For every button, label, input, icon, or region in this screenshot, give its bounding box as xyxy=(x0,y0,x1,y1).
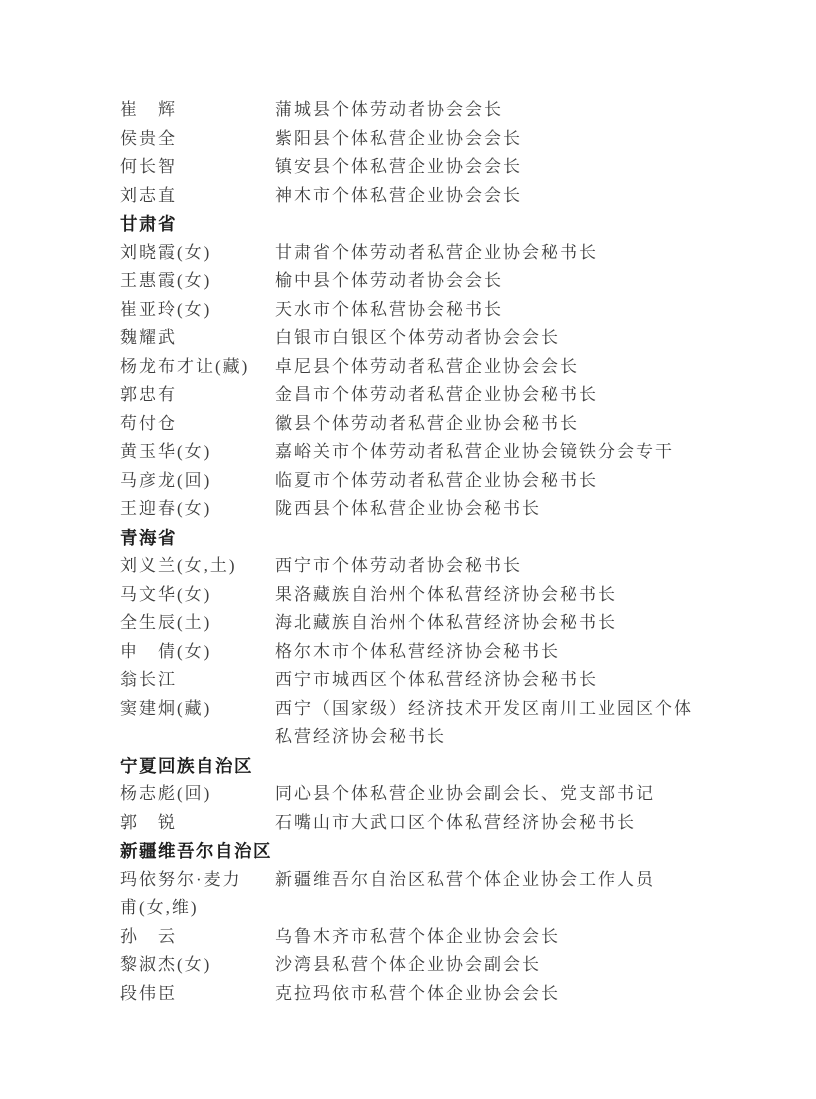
person-title: 嘉峪关市个体劳动者私营企业协会镜铁分会专干 xyxy=(275,438,712,467)
person-title: 石嘴山市大武口区个体私营经济协会秘书长 xyxy=(275,809,712,838)
roster-row: 魏耀武 白银市白银区个体劳动者协会会长 xyxy=(120,324,720,353)
person-title: 西宁（国家级）经济技术开发区南川工业园区个体 私营经济协会秘书长 xyxy=(275,695,712,752)
roster-row: 王惠霞(女) 榆中县个体劳动者协会会长 xyxy=(120,267,720,296)
person-title: 沙湾县私营个体企业协会副会长 xyxy=(275,951,712,980)
person-title: 新疆维吾尔自治区私营个体企业协会工作人员 xyxy=(275,866,712,895)
person-name: 杨龙布才让(藏) xyxy=(120,353,275,382)
roster-row: 刘义兰(女,土) 西宁市个体劳动者协会秘书长 xyxy=(120,552,720,581)
roster-row: 申 倩(女) 格尔木市个体私营经济协会秘书长 xyxy=(120,638,720,667)
roster-row: 杨龙布才让(藏) 卓尼县个体劳动者私营企业协会会长 xyxy=(120,353,720,382)
person-name: 玛依努尔·麦力 甫(女,维) xyxy=(120,866,275,923)
province-name: 青海省 xyxy=(120,524,177,553)
roster-list: 崔 辉 蒲城县个体劳动者协会会长 侯贵全 紫阳县个体私营企业协会会长 何长智 镇… xyxy=(120,96,720,1008)
person-name: 刘晓霞(女) xyxy=(120,239,275,268)
person-title: 镇安县个体私营企业协会会长 xyxy=(275,153,712,182)
person-name: 魏耀武 xyxy=(120,324,275,353)
roster-row: 苟付仓 徽县个体劳动者私营企业协会秘书长 xyxy=(120,410,720,439)
person-name: 郭忠有 xyxy=(120,381,275,410)
person-name: 王惠霞(女) xyxy=(120,267,275,296)
person-title: 同心县个体私营企业协会副会长、党支部书记 xyxy=(275,780,712,809)
person-name: 刘志直 xyxy=(120,182,275,211)
person-name: 全生辰(土) xyxy=(120,609,275,638)
person-title: 金昌市个体劳动者私营企业协会秘书长 xyxy=(275,381,712,410)
roster-row: 玛依努尔·麦力 甫(女,维) 新疆维吾尔自治区私营个体企业协会工作人员 xyxy=(120,866,720,923)
roster-row: 黎淑杰(女) 沙湾县私营个体企业协会副会长 xyxy=(120,951,720,980)
roster-row: 郭 锐 石嘴山市大武口区个体私营经济协会秘书长 xyxy=(120,809,720,838)
roster-row: 郭忠有 金昌市个体劳动者私营企业协会秘书长 xyxy=(120,381,720,410)
person-name: 孙 云 xyxy=(120,923,275,952)
roster-row: 段伟臣 克拉玛依市私营个体企业协会会长 xyxy=(120,980,720,1009)
person-title: 紫阳县个体私营企业协会会长 xyxy=(275,125,712,154)
person-name: 段伟臣 xyxy=(120,980,275,1009)
roster-row: 崔 辉 蒲城县个体劳动者协会会长 xyxy=(120,96,720,125)
roster-row: 黄玉华(女) 嘉峪关市个体劳动者私营企业协会镜铁分会专干 xyxy=(120,438,720,467)
roster-row: 翁长江 西宁市城西区个体私营经济协会秘书长 xyxy=(120,666,720,695)
person-title: 白银市白银区个体劳动者协会会长 xyxy=(275,324,712,353)
person-title: 神木市个体私营企业协会会长 xyxy=(275,182,712,211)
province-header: 新疆维吾尔自治区 xyxy=(120,837,720,866)
roster-row: 窦建炯(藏) 西宁（国家级）经济技术开发区南川工业园区个体 私营经济协会秘书长 xyxy=(120,695,720,752)
roster-row: 马文华(女) 果洛藏族自治州个体私营经济协会秘书长 xyxy=(120,581,720,610)
person-title: 陇西县个体私营企业协会秘书长 xyxy=(275,495,712,524)
roster-row: 马彦龙(回) 临夏市个体劳动者私营企业协会秘书长 xyxy=(120,467,720,496)
person-name: 崔亚玲(女) xyxy=(120,296,275,325)
roster-row: 崔亚玲(女) 天水市个体私营协会秘书长 xyxy=(120,296,720,325)
province-name: 新疆维吾尔自治区 xyxy=(120,837,272,866)
person-name: 申 倩(女) xyxy=(120,638,275,667)
person-title: 天水市个体私营协会秘书长 xyxy=(275,296,712,325)
person-name: 郭 锐 xyxy=(120,809,275,838)
person-title: 西宁市城西区个体私营经济协会秘书长 xyxy=(275,666,712,695)
province-header: 甘肃省 xyxy=(120,210,720,239)
roster-row: 刘志直 神木市个体私营企业协会会长 xyxy=(120,182,720,211)
province-name: 甘肃省 xyxy=(120,210,177,239)
roster-row: 杨志彪(回) 同心县个体私营企业协会副会长、党支部书记 xyxy=(120,780,720,809)
person-name: 苟付仓 xyxy=(120,410,275,439)
person-title: 格尔木市个体私营经济协会秘书长 xyxy=(275,638,712,667)
person-title: 西宁市个体劳动者协会秘书长 xyxy=(275,552,712,581)
person-name: 窦建炯(藏) xyxy=(120,695,275,724)
roster-row: 侯贵全 紫阳县个体私营企业协会会长 xyxy=(120,125,720,154)
province-header: 青海省 xyxy=(120,524,720,553)
person-name: 杨志彪(回) xyxy=(120,780,275,809)
document-page: 崔 辉 蒲城县个体劳动者协会会长 侯贵全 紫阳县个体私营企业协会会长 何长智 镇… xyxy=(0,0,816,1099)
roster-row: 刘晓霞(女) 甘肃省个体劳动者私营企业协会秘书长 xyxy=(120,239,720,268)
roster-row: 孙 云 乌鲁木齐市私营个体企业协会会长 xyxy=(120,923,720,952)
roster-row: 何长智 镇安县个体私营企业协会会长 xyxy=(120,153,720,182)
person-name: 刘义兰(女,土) xyxy=(120,552,275,581)
person-title: 果洛藏族自治州个体私营经济协会秘书长 xyxy=(275,581,712,610)
person-title: 徽县个体劳动者私营企业协会秘书长 xyxy=(275,410,712,439)
person-name: 翁长江 xyxy=(120,666,275,695)
person-name: 崔 辉 xyxy=(120,96,275,125)
person-title: 克拉玛依市私营个体企业协会会长 xyxy=(275,980,712,1009)
person-title: 蒲城县个体劳动者协会会长 xyxy=(275,96,712,125)
person-name: 何长智 xyxy=(120,153,275,182)
person-name: 黎淑杰(女) xyxy=(120,951,275,980)
person-title: 卓尼县个体劳动者私营企业协会会长 xyxy=(275,353,712,382)
person-title: 临夏市个体劳动者私营企业协会秘书长 xyxy=(275,467,712,496)
province-name: 宁夏回族自治区 xyxy=(120,752,253,781)
person-title: 榆中县个体劳动者协会会长 xyxy=(275,267,712,296)
person-name: 侯贵全 xyxy=(120,125,275,154)
person-name: 马彦龙(回) xyxy=(120,467,275,496)
roster-row: 全生辰(土) 海北藏族自治州个体私营经济协会秘书长 xyxy=(120,609,720,638)
person-title: 乌鲁木齐市私营个体企业协会会长 xyxy=(275,923,712,952)
province-header: 宁夏回族自治区 xyxy=(120,752,720,781)
person-title: 海北藏族自治州个体私营经济协会秘书长 xyxy=(275,609,712,638)
person-title: 甘肃省个体劳动者私营企业协会秘书长 xyxy=(275,239,712,268)
person-name: 黄玉华(女) xyxy=(120,438,275,467)
person-name: 王迎春(女) xyxy=(120,495,275,524)
person-name: 马文华(女) xyxy=(120,581,275,610)
roster-row: 王迎春(女) 陇西县个体私营企业协会秘书长 xyxy=(120,495,720,524)
